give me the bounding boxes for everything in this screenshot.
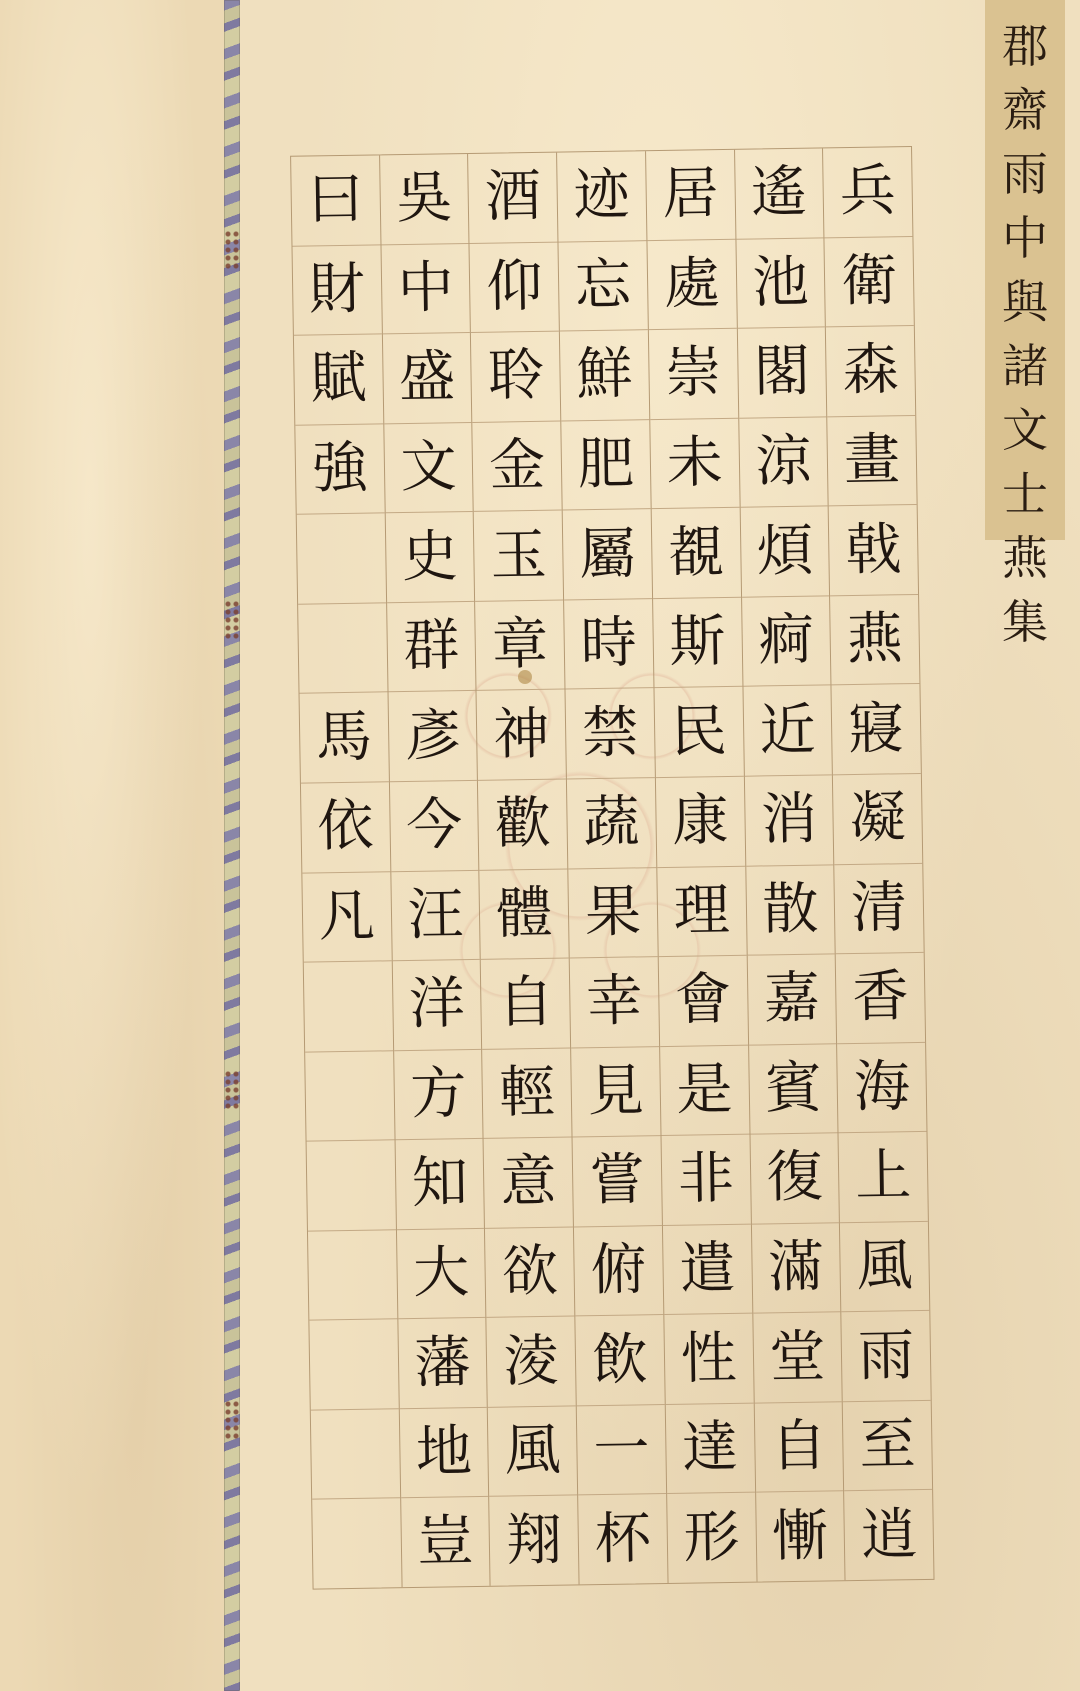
grid-cell: 自	[481, 959, 570, 1050]
grid-cell: 賓	[749, 1044, 838, 1135]
grid-cell: 達	[666, 1404, 755, 1495]
grid-cell: 逍	[844, 1490, 933, 1580]
title-char: 士	[1002, 462, 1048, 526]
grid-cell: 豈	[401, 1497, 490, 1587]
grid-cell: 方	[394, 1049, 483, 1140]
grid-cell: 近	[743, 686, 832, 777]
grid-cell	[311, 1409, 400, 1500]
grid-cell: 自	[754, 1402, 843, 1493]
grid-cell: 賦	[294, 334, 383, 425]
grid-cell: 雨	[842, 1311, 931, 1402]
grid-cell: 聆	[471, 332, 560, 423]
grid-cell: 意	[484, 1138, 573, 1229]
grid-cell: 章	[476, 600, 565, 691]
grid-cell: 果	[568, 868, 657, 959]
grid-cell: 時	[564, 599, 653, 690]
grid-cell	[309, 1320, 398, 1411]
brocade-dot-pattern	[224, 600, 240, 640]
grid-cell: 知	[395, 1139, 484, 1230]
title-char: 集	[1002, 590, 1048, 654]
grid-cell: 未	[650, 418, 739, 509]
grid-cell: 民	[654, 687, 743, 778]
brocade-dot-pattern	[224, 1070, 240, 1110]
grid-cell: 忘	[559, 241, 648, 332]
left-mount-paper	[0, 0, 224, 1691]
grid-cell: 鮮	[560, 330, 649, 421]
title-char: 齋	[1002, 78, 1048, 142]
poem-title: 郡 齋 雨 中 與 諸 文 士 燕 集	[985, 14, 1065, 654]
grid-cell: 淩	[487, 1317, 576, 1408]
grid-cell: 蔬	[567, 778, 656, 869]
grid-cell: 居	[646, 150, 735, 241]
grid-cell: 嘉	[747, 954, 836, 1045]
grid-cell: 覩	[652, 508, 741, 599]
grid-cell: 池	[736, 238, 825, 329]
grid-cell: 見	[571, 1047, 660, 1138]
grid-cell: 曰	[291, 155, 380, 246]
grid-cell: 清	[835, 863, 924, 954]
grid-cell: 禁	[566, 689, 655, 780]
grid-cell: 會	[659, 956, 748, 1047]
grid-cell: 體	[480, 869, 569, 960]
grid-cell: 風	[840, 1222, 929, 1313]
grid-cell: 涼	[739, 417, 828, 508]
grid-cell: 衛	[825, 237, 914, 328]
grid-cell: 肥	[561, 420, 650, 511]
grid-cell	[304, 961, 393, 1052]
grid-cell: 群	[387, 602, 476, 693]
grid-cell: 幸	[570, 957, 659, 1048]
grid-cell: 吳	[380, 154, 469, 245]
brocade-dot-pattern	[224, 230, 240, 270]
title-char: 雨	[1002, 142, 1048, 206]
grid-cell: 風	[488, 1406, 577, 1497]
grid-cell: 上	[839, 1132, 928, 1223]
grid-cell: 滿	[751, 1223, 840, 1314]
grid-cell: 酒	[468, 153, 557, 244]
grid-cell: 寢	[832, 684, 921, 775]
grid-cell: 非	[661, 1135, 750, 1226]
grid-cell: 今	[390, 781, 479, 872]
grid-cell: 強	[295, 424, 384, 515]
grid-cell: 森	[826, 326, 915, 417]
grid-cell: 大	[397, 1229, 486, 1320]
grid-cell: 俯	[574, 1226, 663, 1317]
character-grid: 兵衛森畫戟燕寢凝清香海上風雨至逍遙池閣涼煩痾近消散嘉賓復滿堂自慚居處崇未覩斯民康…	[290, 146, 934, 1590]
grid-cell: 彥	[388, 691, 477, 782]
grid-cell: 痾	[742, 596, 831, 687]
title-char: 諸	[1002, 334, 1048, 398]
grid-cell: 文	[384, 423, 473, 514]
grid-cell: 飲	[575, 1315, 664, 1406]
grid-cell: 馬	[300, 693, 389, 784]
grid-cell: 散	[746, 865, 835, 956]
grid-cell	[298, 603, 387, 694]
grid-cell: 康	[656, 777, 745, 868]
grid-cell: 形	[667, 1493, 756, 1583]
grid-cell: 杯	[578, 1494, 667, 1584]
grid-cell: 依	[301, 782, 390, 873]
grid-cell: 理	[657, 866, 746, 957]
grid-cell: 欲	[485, 1227, 574, 1318]
grid-cell	[305, 1051, 394, 1142]
title-char: 燕	[1002, 526, 1048, 590]
grid-cell: 凡	[302, 872, 391, 963]
grid-cell: 復	[750, 1133, 839, 1224]
grid-cell: 遙	[735, 148, 824, 239]
grid-cell: 兵	[823, 147, 912, 238]
grid-cell: 汪	[391, 870, 480, 961]
grid-cell: 斯	[653, 598, 742, 689]
grid-cell: 地	[399, 1408, 488, 1499]
grid-cell: 堂	[753, 1313, 842, 1404]
grid-cell: 崇	[649, 329, 738, 420]
grid-cell: 海	[837, 1043, 926, 1134]
grid-cell	[312, 1499, 401, 1589]
grid-cell: 閣	[737, 328, 826, 419]
grid-cell: 中	[381, 244, 470, 335]
grid-cell: 玉	[474, 511, 563, 602]
grid-cell: 史	[385, 512, 474, 603]
grid-cell: 香	[836, 953, 925, 1044]
grid-cell: 金	[473, 421, 562, 512]
grid-cell: 處	[647, 239, 736, 330]
grid-cell	[307, 1140, 396, 1231]
grid-cell: 戟	[829, 505, 918, 596]
grid-cell: 凝	[833, 774, 922, 865]
grid-cell: 一	[577, 1405, 666, 1496]
grid-cell: 嘗	[573, 1136, 662, 1227]
title-char: 中	[1002, 206, 1048, 270]
brocade-border-strip	[224, 0, 240, 1691]
grid-cell: 屬	[563, 509, 652, 600]
grid-cell: 慚	[756, 1492, 845, 1582]
grid-cell: 盛	[383, 333, 472, 424]
grid-cell: 洋	[392, 960, 481, 1051]
brocade-dot-pattern	[224, 1400, 240, 1440]
grid-cell: 煩	[740, 507, 829, 598]
grid-cell: 至	[843, 1401, 932, 1492]
grid-cell: 藩	[398, 1318, 487, 1409]
title-char: 文	[1002, 398, 1048, 462]
grid-cell: 神	[477, 690, 566, 781]
grid-cell: 財	[292, 245, 381, 336]
grid-cell: 翔	[490, 1496, 579, 1586]
grid-cell: 是	[660, 1045, 749, 1136]
grid-cell: 迹	[557, 151, 646, 242]
grid-cell: 性	[664, 1314, 753, 1405]
title-char: 與	[1002, 270, 1048, 334]
grid-cell: 仰	[470, 242, 559, 333]
grid-cell: 消	[744, 775, 833, 866]
title-char: 郡	[1002, 14, 1048, 78]
grid-cell: 燕	[830, 595, 919, 686]
grid-cell: 畫	[828, 416, 917, 507]
grid-cell	[308, 1230, 397, 1321]
grid-cell: 輕	[483, 1048, 572, 1139]
grid-cell	[297, 514, 386, 605]
grid-cell: 歡	[478, 779, 567, 870]
grid-cell: 遣	[663, 1224, 752, 1315]
